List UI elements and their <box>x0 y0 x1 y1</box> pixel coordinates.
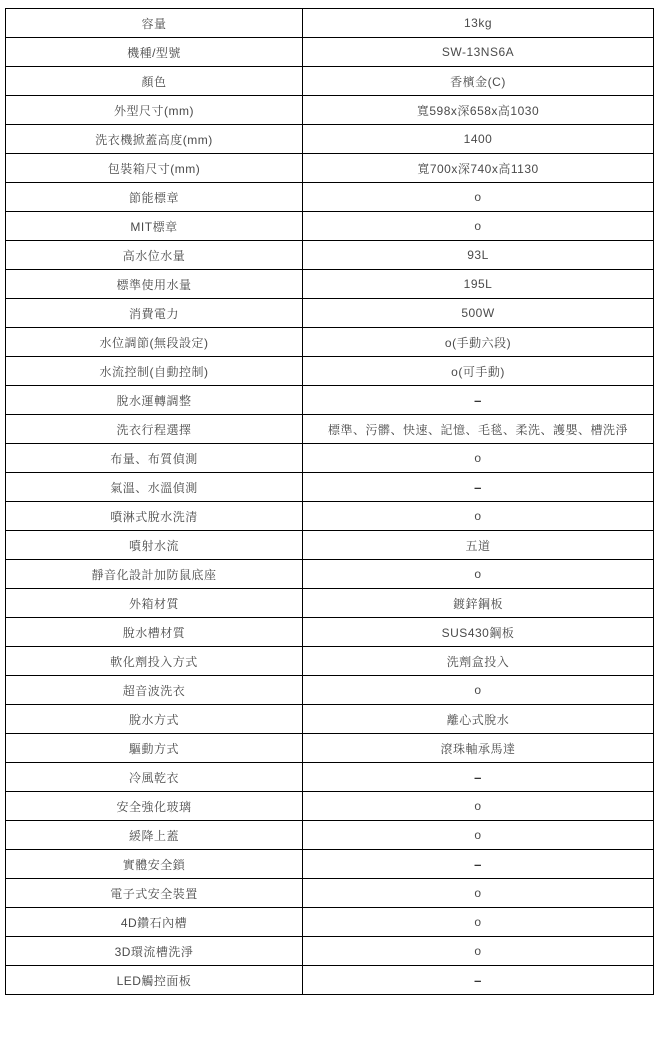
spec-value: SW-13NS6A <box>303 38 654 67</box>
spec-value: 500W <box>303 299 654 328</box>
spec-label: MIT標章 <box>6 212 303 241</box>
spec-label: 標準使用水量 <box>6 270 303 299</box>
table-row: 機種/型號SW-13NS6A <box>6 38 654 67</box>
table-row: 4D鑽石內槽o <box>6 908 654 937</box>
spec-label: 實體安全鎖 <box>6 850 303 879</box>
spec-value: 鍍鋅鋼板 <box>303 589 654 618</box>
table-row: 軟化劑投入方式洗劑盒投入 <box>6 647 654 676</box>
spec-label: 布量、布質偵測 <box>6 444 303 473</box>
table-row: 脫水運轉調整– <box>6 386 654 415</box>
spec-label: 高水位水量 <box>6 241 303 270</box>
table-row: 洗衣機掀蓋高度(mm)1400 <box>6 125 654 154</box>
spec-value: 標準、污髒、快速、記憶、毛毯、柔洗、護嬰、槽洗淨 <box>303 415 654 444</box>
spec-value: 195L <box>303 270 654 299</box>
spec-value: 滾珠軸承馬達 <box>303 734 654 763</box>
table-row: 顏色香檳金(C) <box>6 67 654 96</box>
spec-value: – <box>303 850 654 879</box>
spec-label: 靜音化設計加防鼠底座 <box>6 560 303 589</box>
spec-value: 93L <box>303 241 654 270</box>
spec-label: 脫水運轉調整 <box>6 386 303 415</box>
spec-value: o <box>303 879 654 908</box>
spec-label: 驅動方式 <box>6 734 303 763</box>
spec-label: 噴射水流 <box>6 531 303 560</box>
spec-label: 水流控制(自動控制) <box>6 357 303 386</box>
table-row: LED觸控面板– <box>6 966 654 995</box>
table-row: MIT標章o <box>6 212 654 241</box>
table-row: 消費電力500W <box>6 299 654 328</box>
spec-value: 香檳金(C) <box>303 67 654 96</box>
spec-value: o <box>303 560 654 589</box>
spec-value: o <box>303 676 654 705</box>
spec-table-body: 容量13kg機種/型號SW-13NS6A顏色香檳金(C)外型尺寸(mm)寬598… <box>6 9 654 995</box>
spec-value: SUS430鋼板 <box>303 618 654 647</box>
table-row: 水位調節(無段設定)o(手動六段) <box>6 328 654 357</box>
table-row: 外型尺寸(mm)寬598x深658x高1030 <box>6 96 654 125</box>
spec-value: o(手動六段) <box>303 328 654 357</box>
spec-label: 洗衣機掀蓋高度(mm) <box>6 125 303 154</box>
spec-label: 氣溫、水溫偵測 <box>6 473 303 502</box>
table-row: 脫水槽材質SUS430鋼板 <box>6 618 654 647</box>
spec-label: 軟化劑投入方式 <box>6 647 303 676</box>
spec-label: 節能標章 <box>6 183 303 212</box>
spec-label: 冷風乾衣 <box>6 763 303 792</box>
spec-label: 外型尺寸(mm) <box>6 96 303 125</box>
table-row: 包裝箱尺寸(mm)寬700x深740x高1130 <box>6 154 654 183</box>
spec-label: 洗衣行程選擇 <box>6 415 303 444</box>
table-row: 安全強化玻璃o <box>6 792 654 821</box>
spec-label: 脫水方式 <box>6 705 303 734</box>
spec-value: o <box>303 937 654 966</box>
table-row: 外箱材質鍍鋅鋼板 <box>6 589 654 618</box>
table-row: 布量、布質偵測o <box>6 444 654 473</box>
spec-label: 3D環流槽洗淨 <box>6 937 303 966</box>
table-row: 氣溫、水溫偵測– <box>6 473 654 502</box>
table-row: 實體安全鎖– <box>6 850 654 879</box>
spec-label: 電子式安全裝置 <box>6 879 303 908</box>
spec-value: o <box>303 212 654 241</box>
spec-value: o <box>303 908 654 937</box>
spec-value: o <box>303 821 654 850</box>
spec-value: o <box>303 183 654 212</box>
table-row: 驅動方式滾珠軸承馬達 <box>6 734 654 763</box>
spec-value: 寬700x深740x高1130 <box>303 154 654 183</box>
table-row: 標準使用水量195L <box>6 270 654 299</box>
spec-label: 機種/型號 <box>6 38 303 67</box>
table-row: 電子式安全裝置o <box>6 879 654 908</box>
table-row: 容量13kg <box>6 9 654 38</box>
spec-value: – <box>303 966 654 995</box>
table-row: 洗衣行程選擇標準、污髒、快速、記憶、毛毯、柔洗、護嬰、槽洗淨 <box>6 415 654 444</box>
spec-label: 消費電力 <box>6 299 303 328</box>
spec-label: LED觸控面板 <box>6 966 303 995</box>
spec-value: o(可手動) <box>303 357 654 386</box>
spec-value: o <box>303 502 654 531</box>
table-row: 冷風乾衣– <box>6 763 654 792</box>
spec-value: – <box>303 386 654 415</box>
spec-label: 包裝箱尺寸(mm) <box>6 154 303 183</box>
spec-value: o <box>303 444 654 473</box>
table-row: 噴射水流五道 <box>6 531 654 560</box>
spec-label: 外箱材質 <box>6 589 303 618</box>
spec-value: 1400 <box>303 125 654 154</box>
table-row: 噴淋式脫水洗清o <box>6 502 654 531</box>
spec-label: 噴淋式脫水洗清 <box>6 502 303 531</box>
table-row: 高水位水量93L <box>6 241 654 270</box>
table-row: 靜音化設計加防鼠底座o <box>6 560 654 589</box>
table-row: 3D環流槽洗淨o <box>6 937 654 966</box>
spec-label: 超音波洗衣 <box>6 676 303 705</box>
spec-page: 容量13kg機種/型號SW-13NS6A顏色香檳金(C)外型尺寸(mm)寬598… <box>0 0 661 1040</box>
spec-value: 寬598x深658x高1030 <box>303 96 654 125</box>
spec-value: 五道 <box>303 531 654 560</box>
spec-label: 顏色 <box>6 67 303 96</box>
table-row: 水流控制(自動控制)o(可手動) <box>6 357 654 386</box>
spec-value: – <box>303 763 654 792</box>
table-row: 脫水方式離心式脫水 <box>6 705 654 734</box>
spec-label: 安全強化玻璃 <box>6 792 303 821</box>
table-row: 節能標章o <box>6 183 654 212</box>
spec-label: 緩降上蓋 <box>6 821 303 850</box>
spec-value: o <box>303 792 654 821</box>
table-row: 超音波洗衣o <box>6 676 654 705</box>
spec-label: 4D鑽石內槽 <box>6 908 303 937</box>
spec-value: 離心式脫水 <box>303 705 654 734</box>
spec-label: 脫水槽材質 <box>6 618 303 647</box>
spec-value: 洗劑盒投入 <box>303 647 654 676</box>
spec-value: – <box>303 473 654 502</box>
table-row: 緩降上蓋o <box>6 821 654 850</box>
spec-label: 容量 <box>6 9 303 38</box>
spec-table: 容量13kg機種/型號SW-13NS6A顏色香檳金(C)外型尺寸(mm)寬598… <box>5 8 654 995</box>
spec-value: 13kg <box>303 9 654 38</box>
spec-label: 水位調節(無段設定) <box>6 328 303 357</box>
